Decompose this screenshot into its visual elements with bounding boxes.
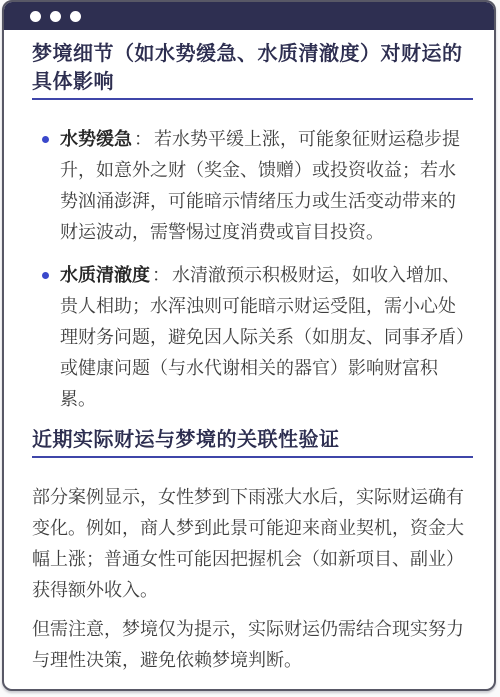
bullet-text: 水清澈预示积极财运，如收入增加、贵人相助；水浑浊则可能暗示财运受阻，需小心处理财… xyxy=(60,265,465,409)
section-underline xyxy=(32,456,473,458)
window-dot-icon xyxy=(30,11,41,22)
bullet-lead: 水质清澈度 xyxy=(60,265,150,285)
section-title: 近期实际财运与梦境的关联性验证 xyxy=(32,427,473,453)
window-titlebar xyxy=(4,2,494,30)
window-dot-icon xyxy=(70,11,81,22)
bullet-list: 水势缓急：若水势平缓上涨，可能象征财运稳步提升，如意外之财（奖金、馈赠）或投资收… xyxy=(32,124,473,415)
window-dot-icon xyxy=(50,11,61,22)
list-item: 水质清澈度：水清澈预示积极财运，如收入增加、贵人相助；水浑浊则可能暗示财运受阻，… xyxy=(32,260,473,415)
paragraph: 部分案例显示，女性梦到下雨涨大水后，实际财运确有变化。例如，商人梦到此景可能迎来… xyxy=(32,482,473,606)
list-item: 水势缓急：若水势平缓上涨，可能象征财运稳步提升，如意外之财（奖金、馈赠）或投资收… xyxy=(32,124,473,248)
window-card: 梦境细节（如水势缓急、水质清澈度）对财运的具体影响 水势缓急：若水势平缓上涨，可… xyxy=(2,0,496,691)
bullet-separator: ： xyxy=(152,265,170,285)
title-underline xyxy=(32,98,473,100)
paragraph: 但需注意，梦境仅为提示，实际财运仍需结合现实努力与理性决策，避免依赖梦境判断。 xyxy=(32,614,473,676)
bullet-separator: ： xyxy=(134,129,152,149)
article-content: 梦境细节（如水势缓急、水质清澈度）对财运的具体影响 水势缓急：若水势平缓上涨，可… xyxy=(4,30,494,676)
paragraph-group: 部分案例显示，女性梦到下雨涨大水后，实际财运确有变化。例如，商人梦到此景可能迎来… xyxy=(32,482,473,676)
bullet-lead: 水势缓急 xyxy=(60,129,132,149)
article-title: 梦境细节（如水势缓急、水质清澈度）对财运的具体影响 xyxy=(32,40,473,96)
